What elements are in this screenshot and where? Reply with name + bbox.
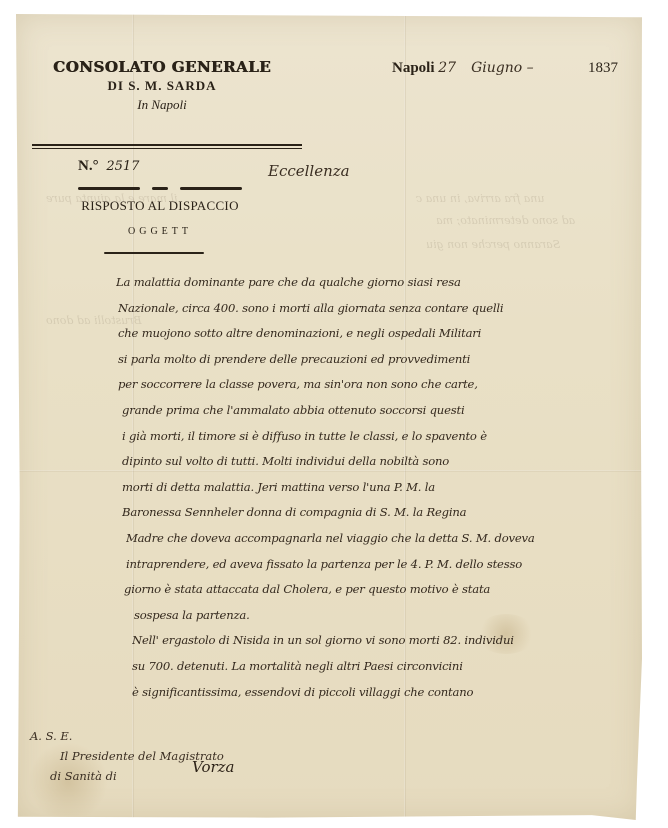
date-day: 27: [438, 60, 456, 76]
body-line: che muojono sotto altre denominazioni, e…: [118, 321, 626, 347]
body-line: intraprendere, ed aveva fissato la parte…: [126, 552, 626, 578]
body-line: dipinto sul volto di tutti. Molti indivi…: [122, 449, 626, 475]
body-line: i già morti, il timore si è diffuso in t…: [122, 424, 626, 450]
body-line: Madre che doveva accompagnarla nel viagg…: [126, 526, 626, 552]
body-line: morti di detta malattia. Jeri mattina ve…: [122, 475, 626, 501]
closing-block: A. S. E. Il Presidente del Magistrato di…: [20, 726, 224, 786]
reply-label: RISPOSTO AL DISPACCIO: [60, 198, 260, 214]
number-value: 2517: [106, 159, 139, 174]
letter-body: La malattia dominante pare che da qualch…: [116, 270, 626, 705]
body-line: grande prima che l'ammalato abbia ottenu…: [122, 398, 626, 424]
body-line: Nell' ergastolo di Nisida in un sol gior…: [132, 628, 626, 654]
consulate-subtitle: DI S. M. SARDA: [30, 78, 294, 94]
body-line: sospesa la partenza.: [134, 603, 626, 629]
protocol-number: N.° 2517: [78, 158, 139, 175]
consulate-city: In Napoli: [30, 97, 294, 113]
closing-line: A. S. E.: [30, 726, 224, 746]
number-label: N.°: [78, 158, 99, 174]
body-line: su 700. detenuti. La mortalità negli alt…: [132, 654, 626, 680]
date-line: Napoli 27 Giugno – 1837: [392, 60, 632, 77]
ornament-divider: [78, 186, 242, 190]
body-line: per soccorrere la classe povera, ma sin'…: [118, 372, 626, 398]
bleed-through-text: una fra arriva, in una c: [416, 192, 544, 205]
date-year: 1837: [588, 60, 618, 77]
body-line: Nazionale, circa 400. sono i morti alla …: [118, 296, 626, 322]
ornament-divider: [104, 252, 204, 254]
body-line: è significantissima, essendovi di piccol…: [132, 680, 626, 706]
date-month: Giugno –: [471, 60, 534, 76]
consulate-title: CONSOLATO GENERALE: [30, 58, 294, 76]
bleed-through-text: ad sono determinato; ma: [436, 214, 575, 227]
signature: Vorza: [192, 758, 235, 776]
body-line: Baronessa Sennheler donna di compagnia d…: [122, 500, 626, 526]
salutation: Eccellenza: [268, 162, 350, 180]
body-line: giorno è stata attaccata dal Cholera, e …: [124, 577, 626, 603]
bleed-through-text: Saranno perche non giu: [426, 238, 560, 251]
letterhead: CONSOLATO GENERALE DI S. M. SARDA In Nap…: [30, 58, 294, 113]
date-place: Napoli: [392, 60, 435, 76]
subject-label: OGGETT: [60, 226, 260, 237]
body-line: si parla molto di prendere delle precauz…: [118, 347, 626, 373]
letterhead-rule: [32, 144, 302, 149]
body-line: La malattia dominante pare che da qualch…: [116, 270, 626, 296]
